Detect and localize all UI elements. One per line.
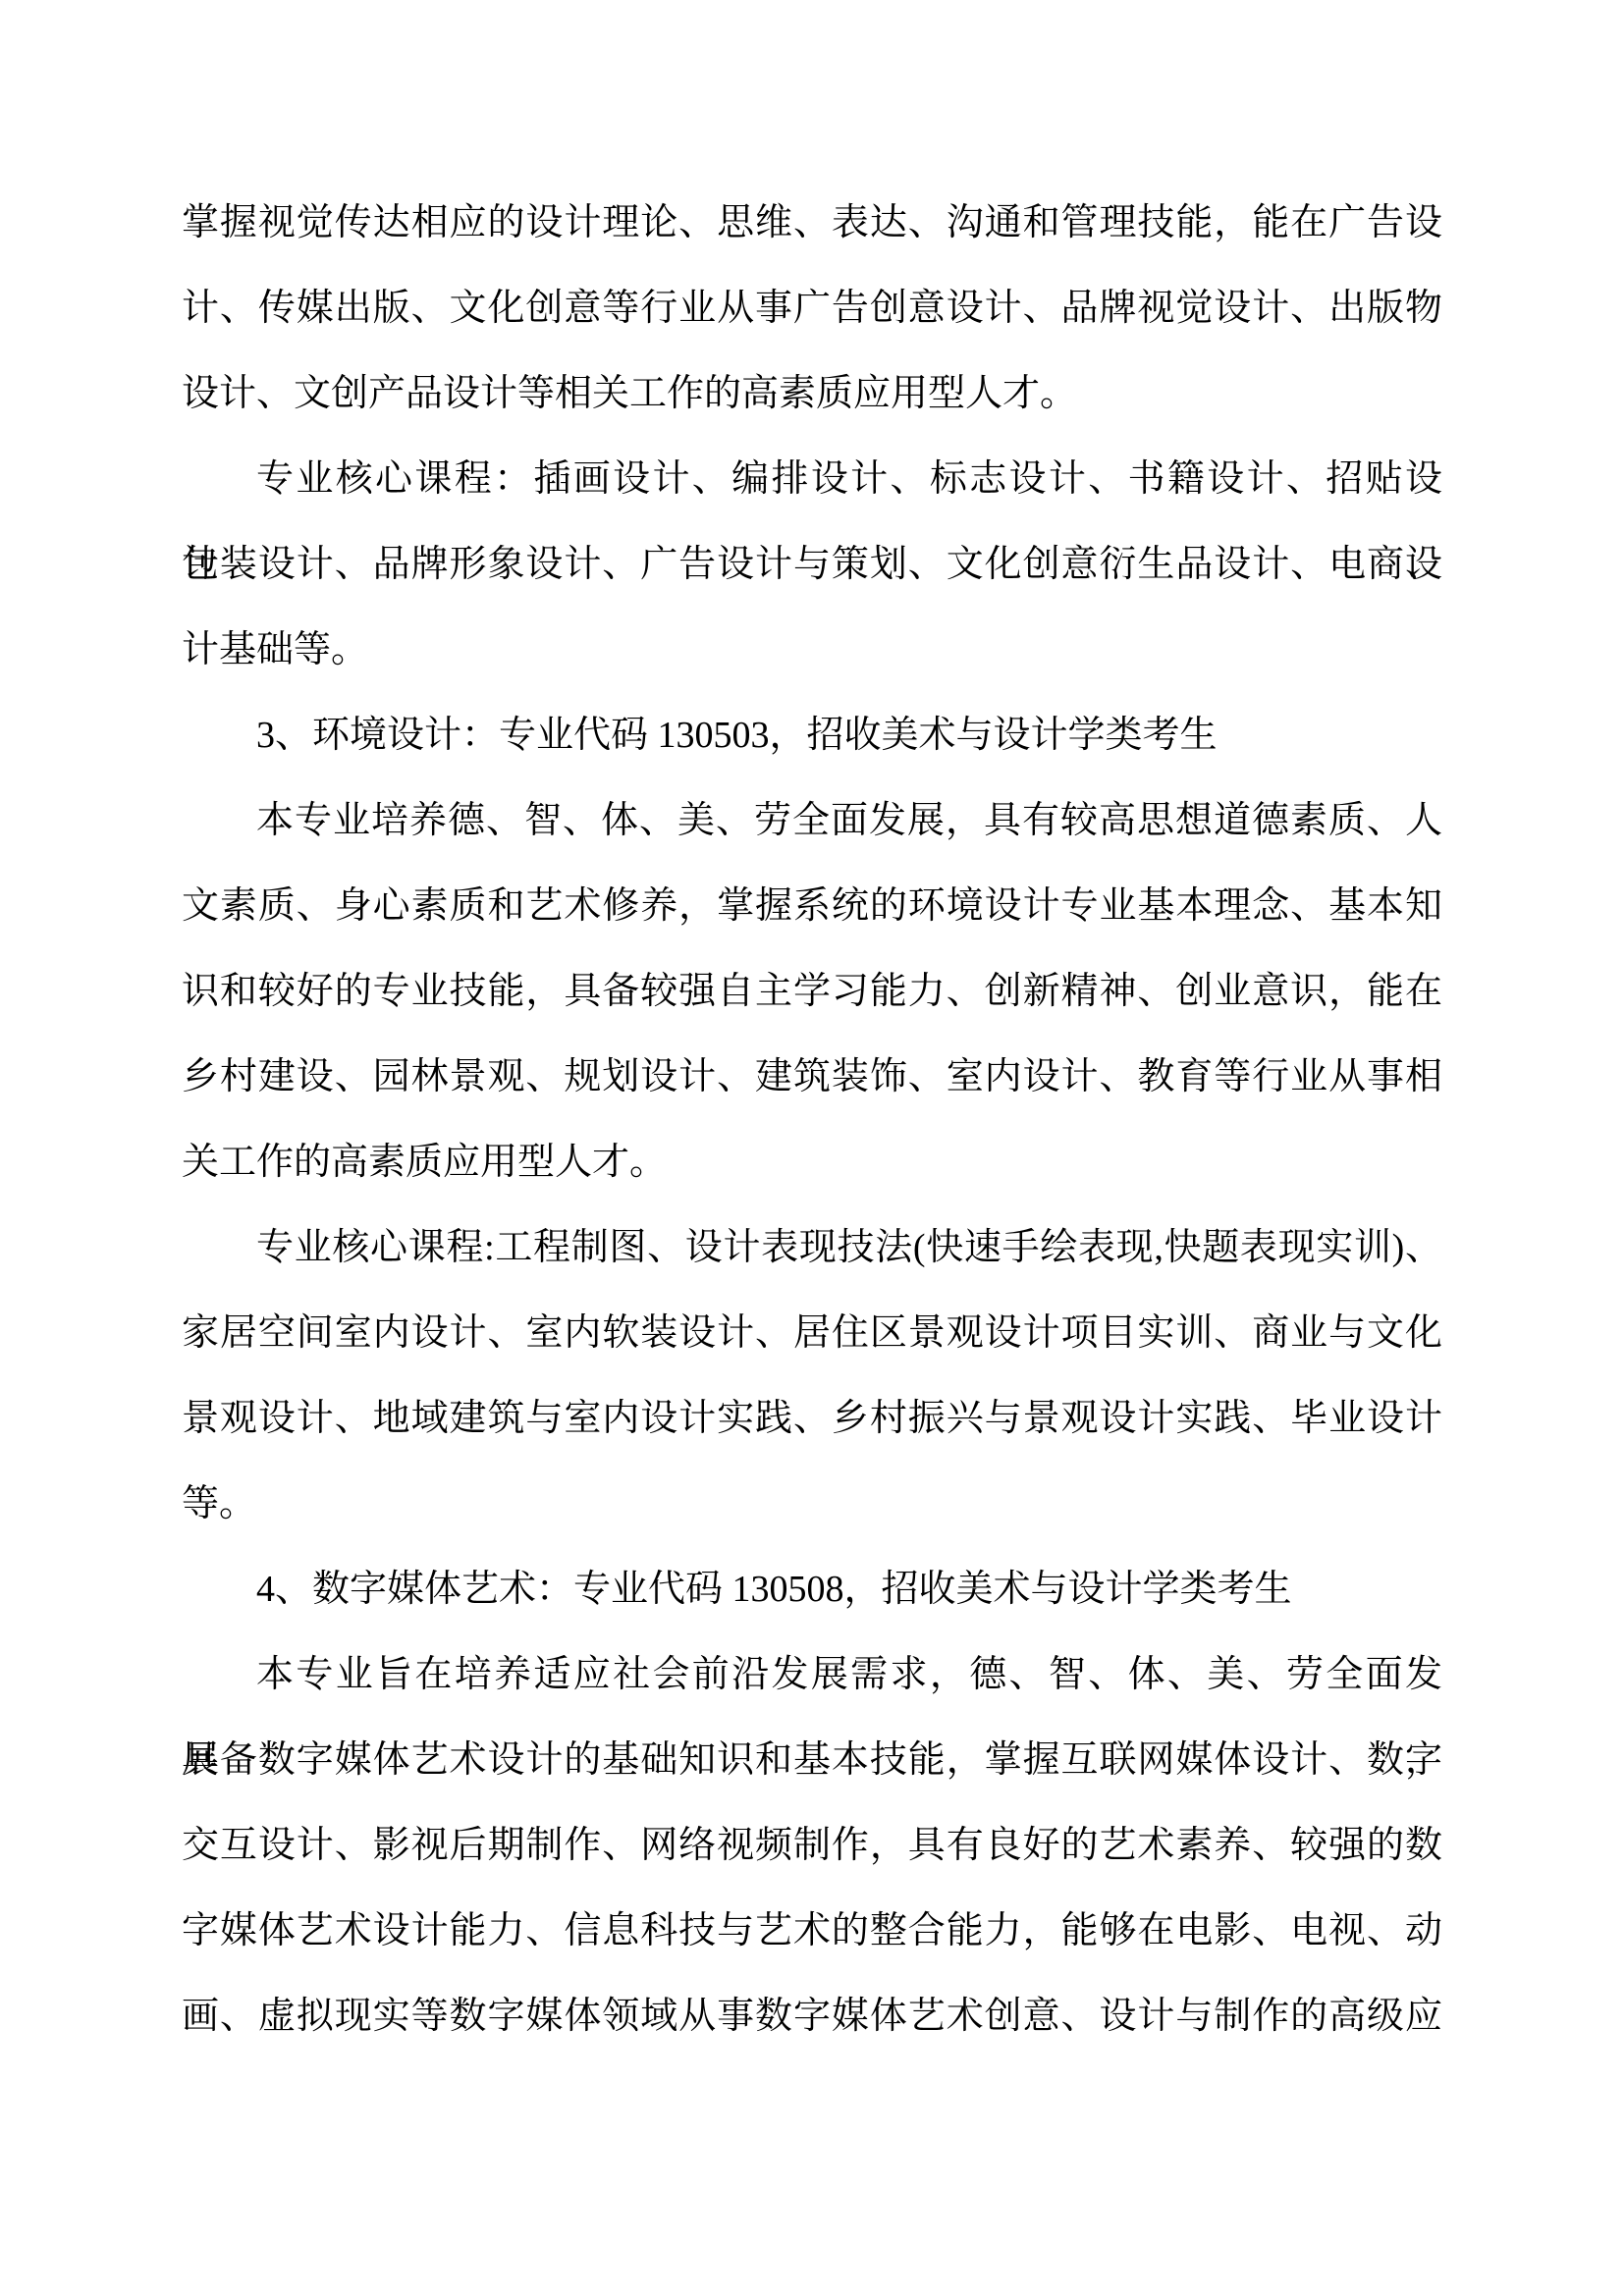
text-line: 计基础等。 (182, 608, 1442, 693)
text-line: 文素质、身心素质和艺术修养，掌握系统的环境设计专业基本理念、基本知 (182, 864, 1442, 949)
text-line: 专业核心课程：插画设计、编排设计、标志设计、书籍设计、招贴设计、 (182, 437, 1442, 522)
document-page: 掌握视觉传达相应的设计理论、思维、表达、沟通和管理技能，能在广告设计、传媒出版、… (0, 0, 1624, 2296)
text-line: 具备数字媒体艺术设计的基础知识和基本技能，掌握互联网媒体设计、数字 (182, 1718, 1442, 1803)
text-line: 等。 (182, 1462, 1442, 1547)
text-line: 设计、文创产品设计等相关工作的高素质应用型人才。 (182, 351, 1442, 437)
text-line: 4、数字媒体艺术：专业代码 130508，招收美术与设计学类考生 (182, 1547, 1442, 1632)
text-line: 本专业培养德、智、体、美、劳全面发展，具有较高思想道德素质、人 (182, 778, 1442, 864)
text-line: 画、虚拟现实等数字媒体领域从事数字媒体艺术创意、设计与制作的高级应 (182, 1974, 1442, 2059)
text-line: 字媒体艺术设计能力、信息科技与艺术的整合能力，能够在电影、电视、动 (182, 1889, 1442, 1974)
text-line: 专业核心课程:工程制图、设计表现技法(快速手绘表现,快题表现实训)、 (182, 1205, 1442, 1291)
text-line: 识和较好的专业技能，具备较强自主学习能力、创新精神、创业意识，能在 (182, 949, 1442, 1035)
text-line: 本专业旨在培养适应社会前沿发展需求，德、智、体、美、劳全面发展， (182, 1632, 1442, 1718)
text-line: 乡村建设、园林景观、规划设计、建筑装饰、室内设计、教育等行业从事相 (182, 1035, 1442, 1120)
document-body: 掌握视觉传达相应的设计理论、思维、表达、沟通和管理技能，能在广告设计、传媒出版、… (182, 181, 1442, 2059)
text-line: 掌握视觉传达相应的设计理论、思维、表达、沟通和管理技能，能在广告设 (182, 181, 1442, 266)
text-line: 3、环境设计：专业代码 130503，招收美术与设计学类考生 (182, 693, 1442, 778)
text-line: 计、传媒出版、文化创意等行业从事广告创意设计、品牌视觉设计、出版物 (182, 266, 1442, 351)
text-line: 关工作的高素质应用型人才。 (182, 1120, 1442, 1205)
text-line: 景观设计、地域建筑与室内设计实践、乡村振兴与景观设计实践、毕业设计 (182, 1376, 1442, 1462)
text-line: 包装设计、品牌形象设计、广告设计与策划、文化创意衍生品设计、电商设 (182, 522, 1442, 608)
text-line: 交互设计、影视后期制作、网络视频制作，具有良好的艺术素养、较强的数 (182, 1803, 1442, 1889)
text-line: 家居空间室内设计、室内软装设计、居住区景观设计项目实训、商业与文化 (182, 1291, 1442, 1376)
